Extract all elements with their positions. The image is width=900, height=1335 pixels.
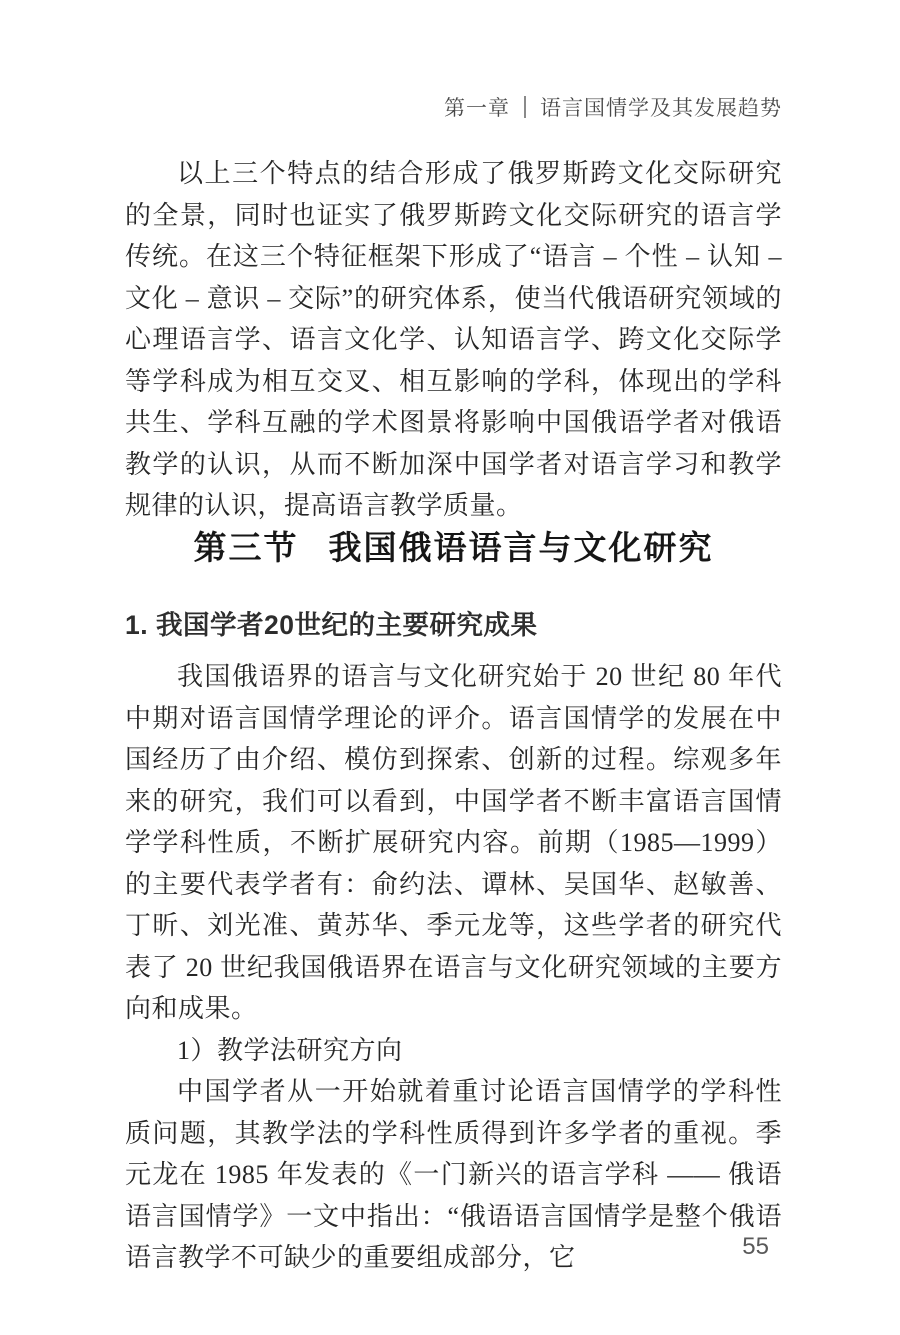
list-item-1: 1）教学法研究方向: [125, 1030, 782, 1072]
chapter-label: 第一章: [444, 92, 510, 122]
paragraph-2: 我国俄语界的语言与文化研究始于 20 世纪 80 年代中期对语言国情学理论的评介…: [125, 656, 782, 1030]
subsection-heading: 1. 我国学者20世纪的主要研究成果: [125, 603, 782, 642]
header-divider: [524, 96, 526, 118]
section-number: 第三节: [194, 531, 299, 567]
page-number: 55: [742, 1233, 769, 1261]
paragraph-block-2: 我国俄语界的语言与文化研究始于 20 世纪 80 年代中期对语言国情学理论的评介…: [125, 656, 782, 1279]
paragraph-3: 中国学者从一开始就着重讨论语言国情学的学科性质问题，其教学法的学科性质得到许多学…: [125, 1071, 782, 1279]
paragraph-1: 以上三个特点的结合形成了俄罗斯跨文化交际研究的全景，同时也证实了俄罗斯跨文化交际…: [125, 153, 782, 527]
running-header: 第一章 语言国情学及其发展趋势: [125, 92, 782, 122]
chapter-title: 语言国情学及其发展趋势: [540, 92, 782, 122]
paragraph-block-1: 以上三个特点的结合形成了俄罗斯跨文化交际研究的全景，同时也证实了俄罗斯跨文化交际…: [125, 153, 782, 527]
book-page: 第一章 语言国情学及其发展趋势 以上三个特点的结合形成了俄罗斯跨文化交际研究的全…: [0, 0, 900, 1335]
section-title-text: 我国俄语语言与文化研究: [329, 531, 714, 567]
section-title: 第三节我国俄语语言与文化研究: [125, 522, 782, 569]
